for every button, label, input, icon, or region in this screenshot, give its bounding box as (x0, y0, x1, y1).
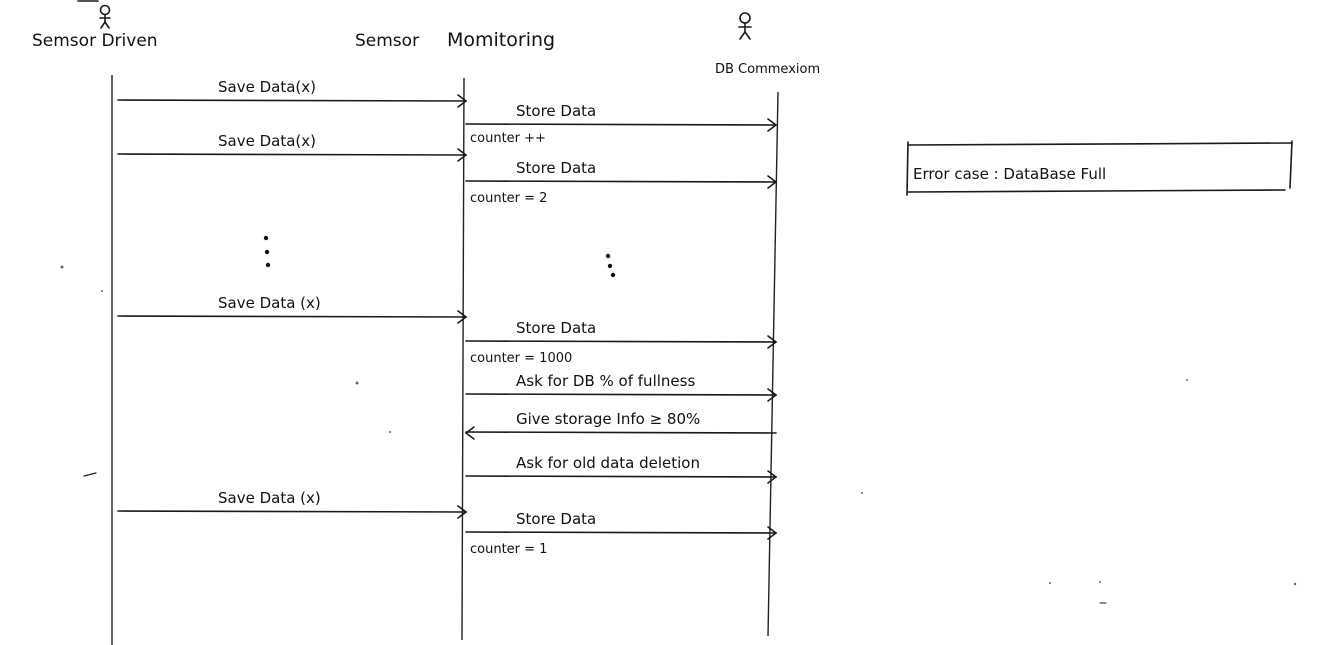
message-arrow: Save Data (x) (118, 489, 466, 518)
message-arrow: Save Data(x) (118, 132, 466, 161)
vertical-ellipsis-icon (264, 236, 270, 267)
sequence-diagram: Semsor Driven Semsor Momitoring DB Comme… (0, 0, 1330, 645)
message-label: Save Data(x) (218, 132, 316, 150)
participant-label: DB Commexiom (715, 62, 820, 77)
message-arrow: Save Data (x) (118, 294, 466, 323)
participant-label-part1: Semsor (355, 31, 419, 51)
message-arrow: Ask for old data deletion (466, 454, 776, 483)
message-label: Save Data(x) (218, 78, 316, 96)
message-arrow: Save Data(x) (118, 78, 466, 107)
message-label: Ask for old data deletion (516, 454, 700, 472)
message-arrow: Store Data (466, 159, 776, 188)
message-arrow: Store Data (466, 102, 776, 131)
counter-note: counter = 2 (470, 191, 547, 206)
message-arrow: Store Data (466, 319, 776, 348)
counter-note: counter ++ (470, 131, 546, 146)
lifeline-sensor-monitoring (462, 78, 464, 640)
message-label: Store Data (516, 510, 596, 528)
counter-note: counter = 1 (470, 542, 547, 557)
message-arrow: Store Data (466, 510, 776, 539)
message-arrow: Give storage Info ≥ 80% (466, 410, 776, 439)
message-list: Save Data(x)Store Datacounter ++Save Dat… (118, 78, 776, 557)
message-label: Save Data (x) (218, 489, 321, 507)
participant-db-connexion: DB Commexiom (715, 13, 820, 77)
message-label: Store Data (516, 319, 596, 337)
vertical-ellipsis-icon (606, 254, 615, 277)
lifeline-db-connexion (768, 92, 778, 636)
message-label: Store Data (516, 159, 596, 177)
message-arrow: Ask for DB % of fullness (466, 372, 776, 401)
participant-label-part2: Momitoring (447, 29, 555, 51)
stick-figure-icon (100, 6, 110, 29)
arrowhead-icon (466, 427, 474, 439)
counter-note: counter = 1000 (470, 351, 572, 366)
message-label: Store Data (516, 102, 596, 120)
message-label: Give storage Info ≥ 80% (516, 410, 700, 428)
participant-sensor-driver: Semsor Driven (32, 6, 158, 52)
stick-figure-icon (739, 13, 751, 39)
message-label: Save Data (x) (218, 294, 321, 312)
note-text: Error case : DataBase Full (913, 165, 1106, 183)
error-case-note: Error case : DataBase Full (907, 141, 1292, 195)
message-label: Ask for DB % of fullness (516, 372, 695, 390)
participant-label: Semsor Driven (32, 31, 158, 51)
participant-sensor-monitoring: Semsor Momitoring (355, 29, 555, 51)
